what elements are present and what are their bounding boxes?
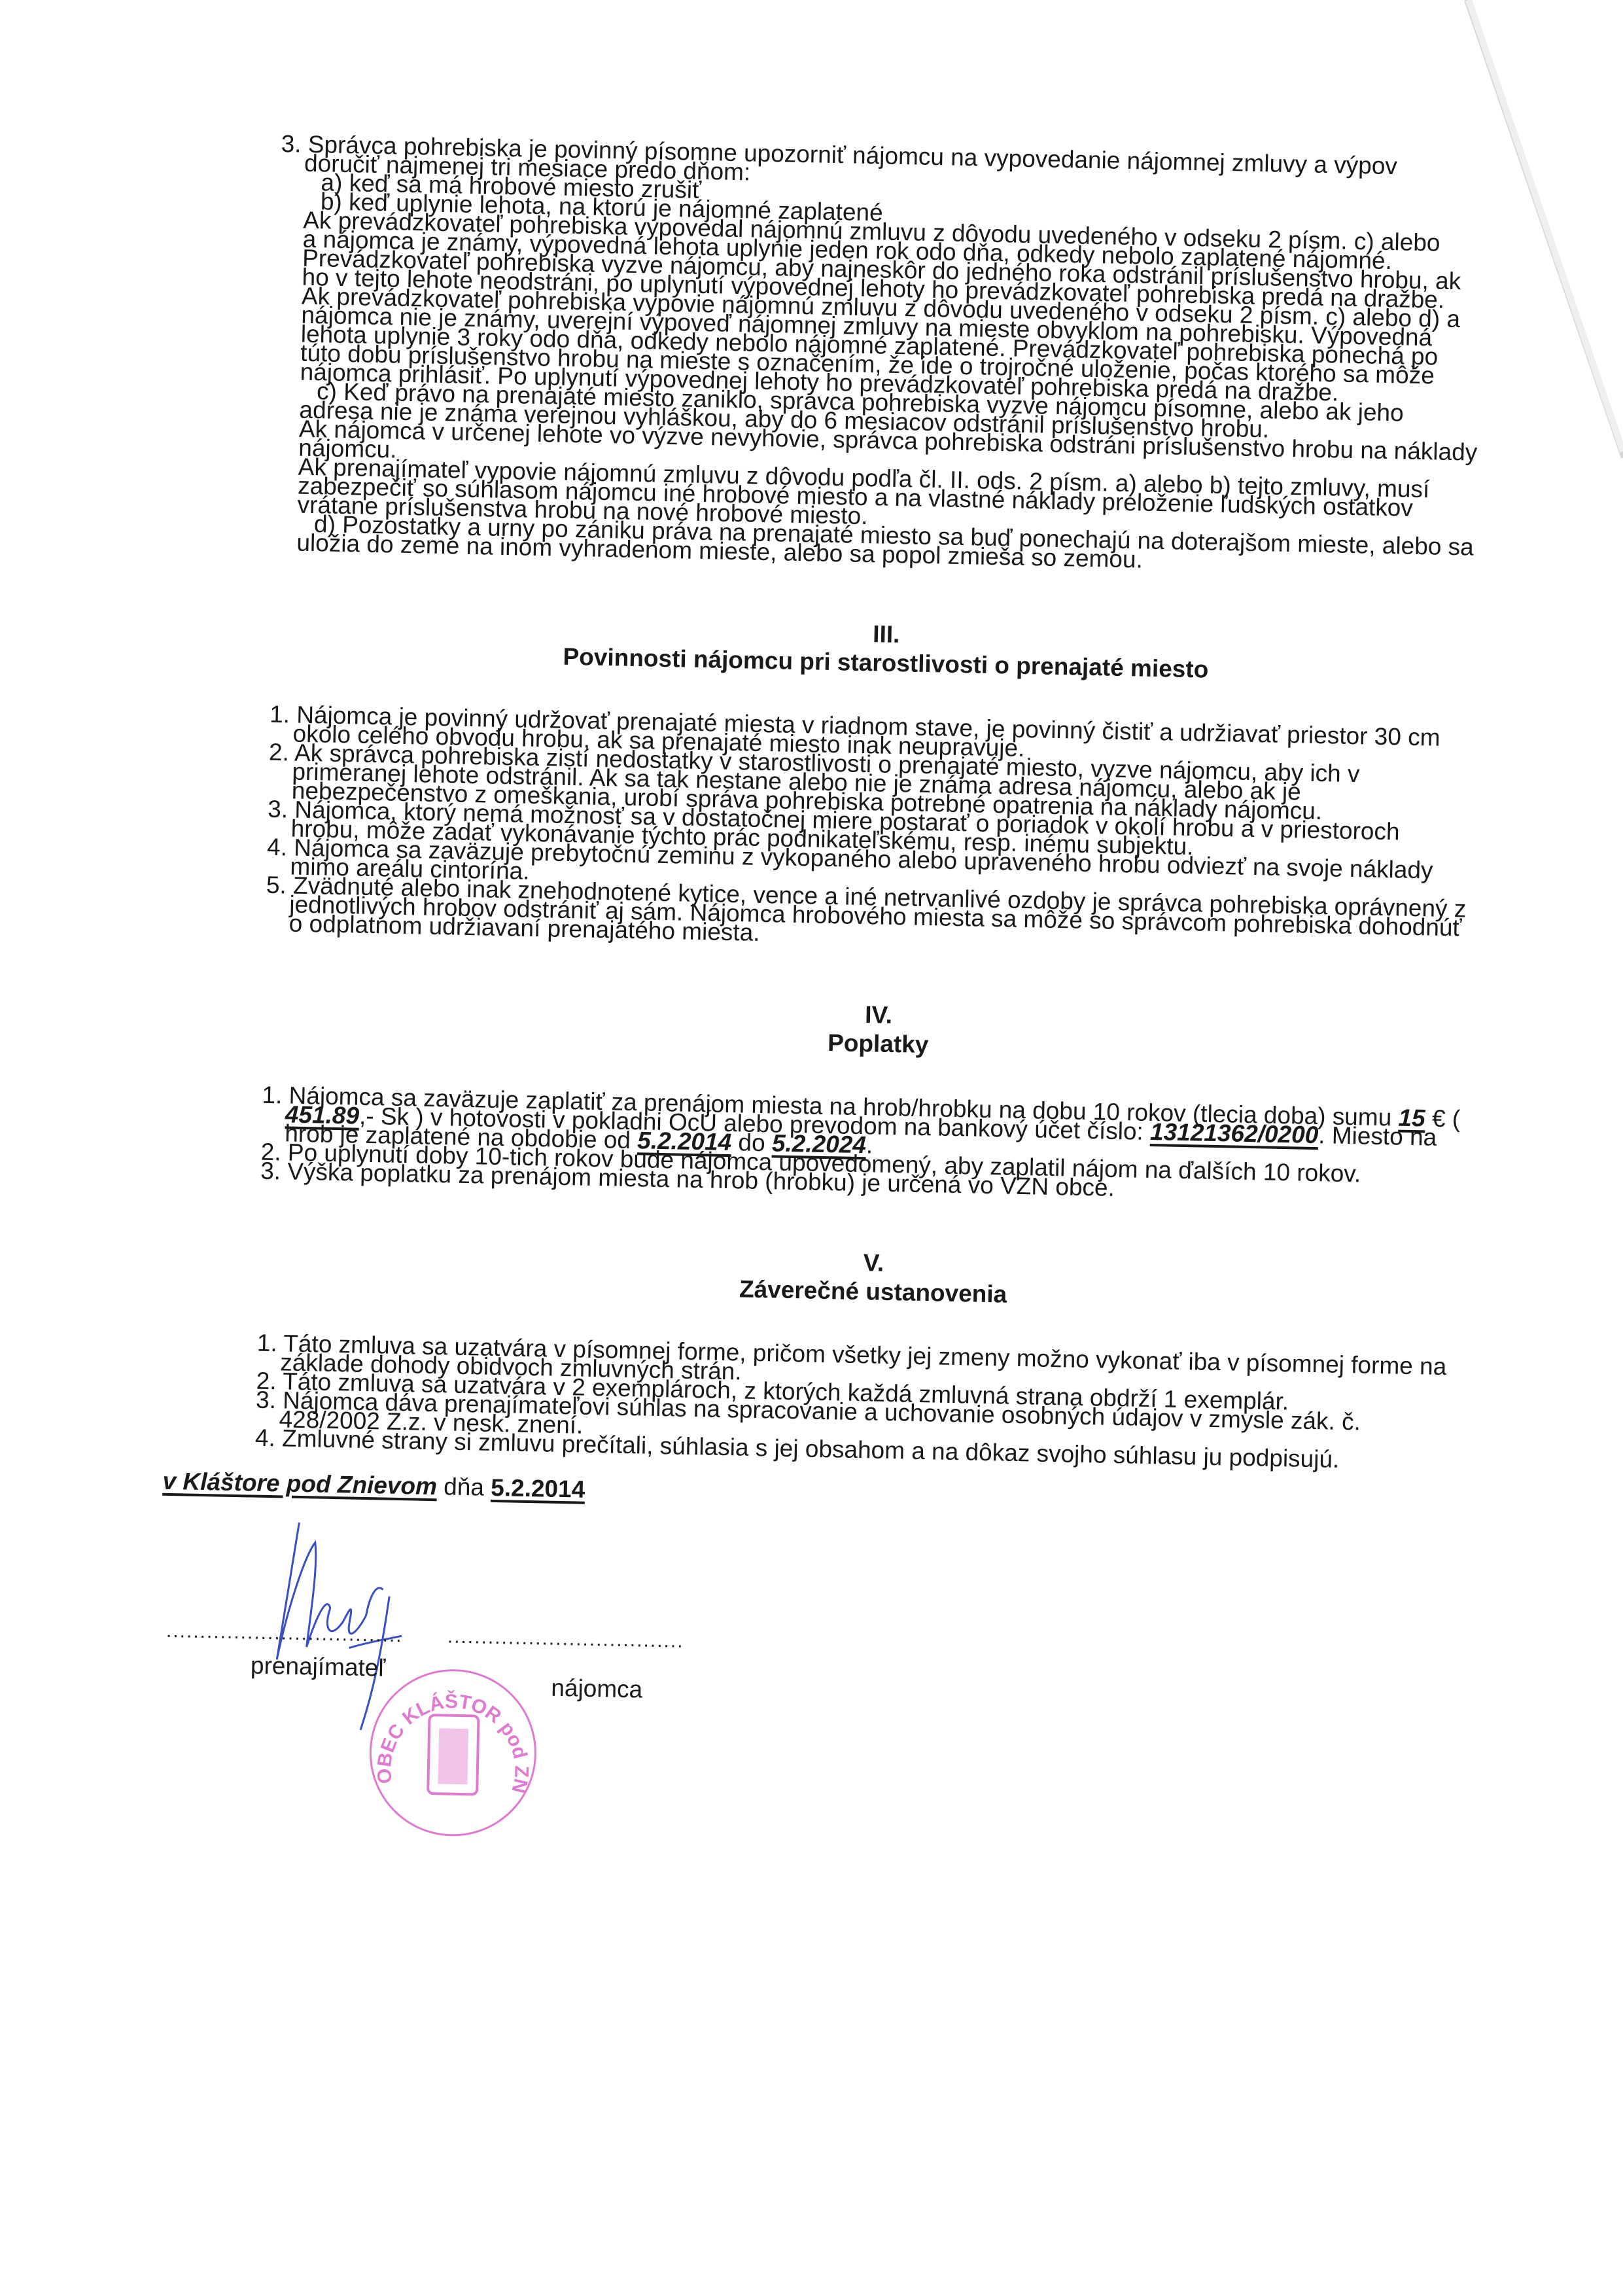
article-5-body: 1. Táto zmluva sa uzatvára v písomnej fo…	[255, 1333, 1559, 1474]
article-3-body: 1. Nájomca je povinný udržovať prenajaté…	[266, 705, 1572, 959]
bank-account: 13121362/0200	[1150, 1118, 1319, 1148]
article-2-continued: 3. Správca pohrebiska je povinný písomne…	[273, 134, 1582, 578]
document-body: 3. Správca pohrebiska je povinný písomne…	[249, 134, 1582, 1754]
tenant-label: nájomca	[551, 1678, 642, 1699]
landlord-label: prenajímateľ	[251, 1656, 386, 1678]
scanned-page: 3. Správca pohrebiska je povinný písomne…	[0, 0, 1623, 2296]
signature-block: ................................... ....…	[164, 1491, 1556, 1754]
tenant-signature-line: ...................................	[447, 1627, 684, 1651]
landlord-signature-line: ...................................	[166, 1621, 403, 1645]
municipal-stamp: OBEC KLÁŠTOR pod ZNIEVOM	[365, 1665, 542, 1841]
